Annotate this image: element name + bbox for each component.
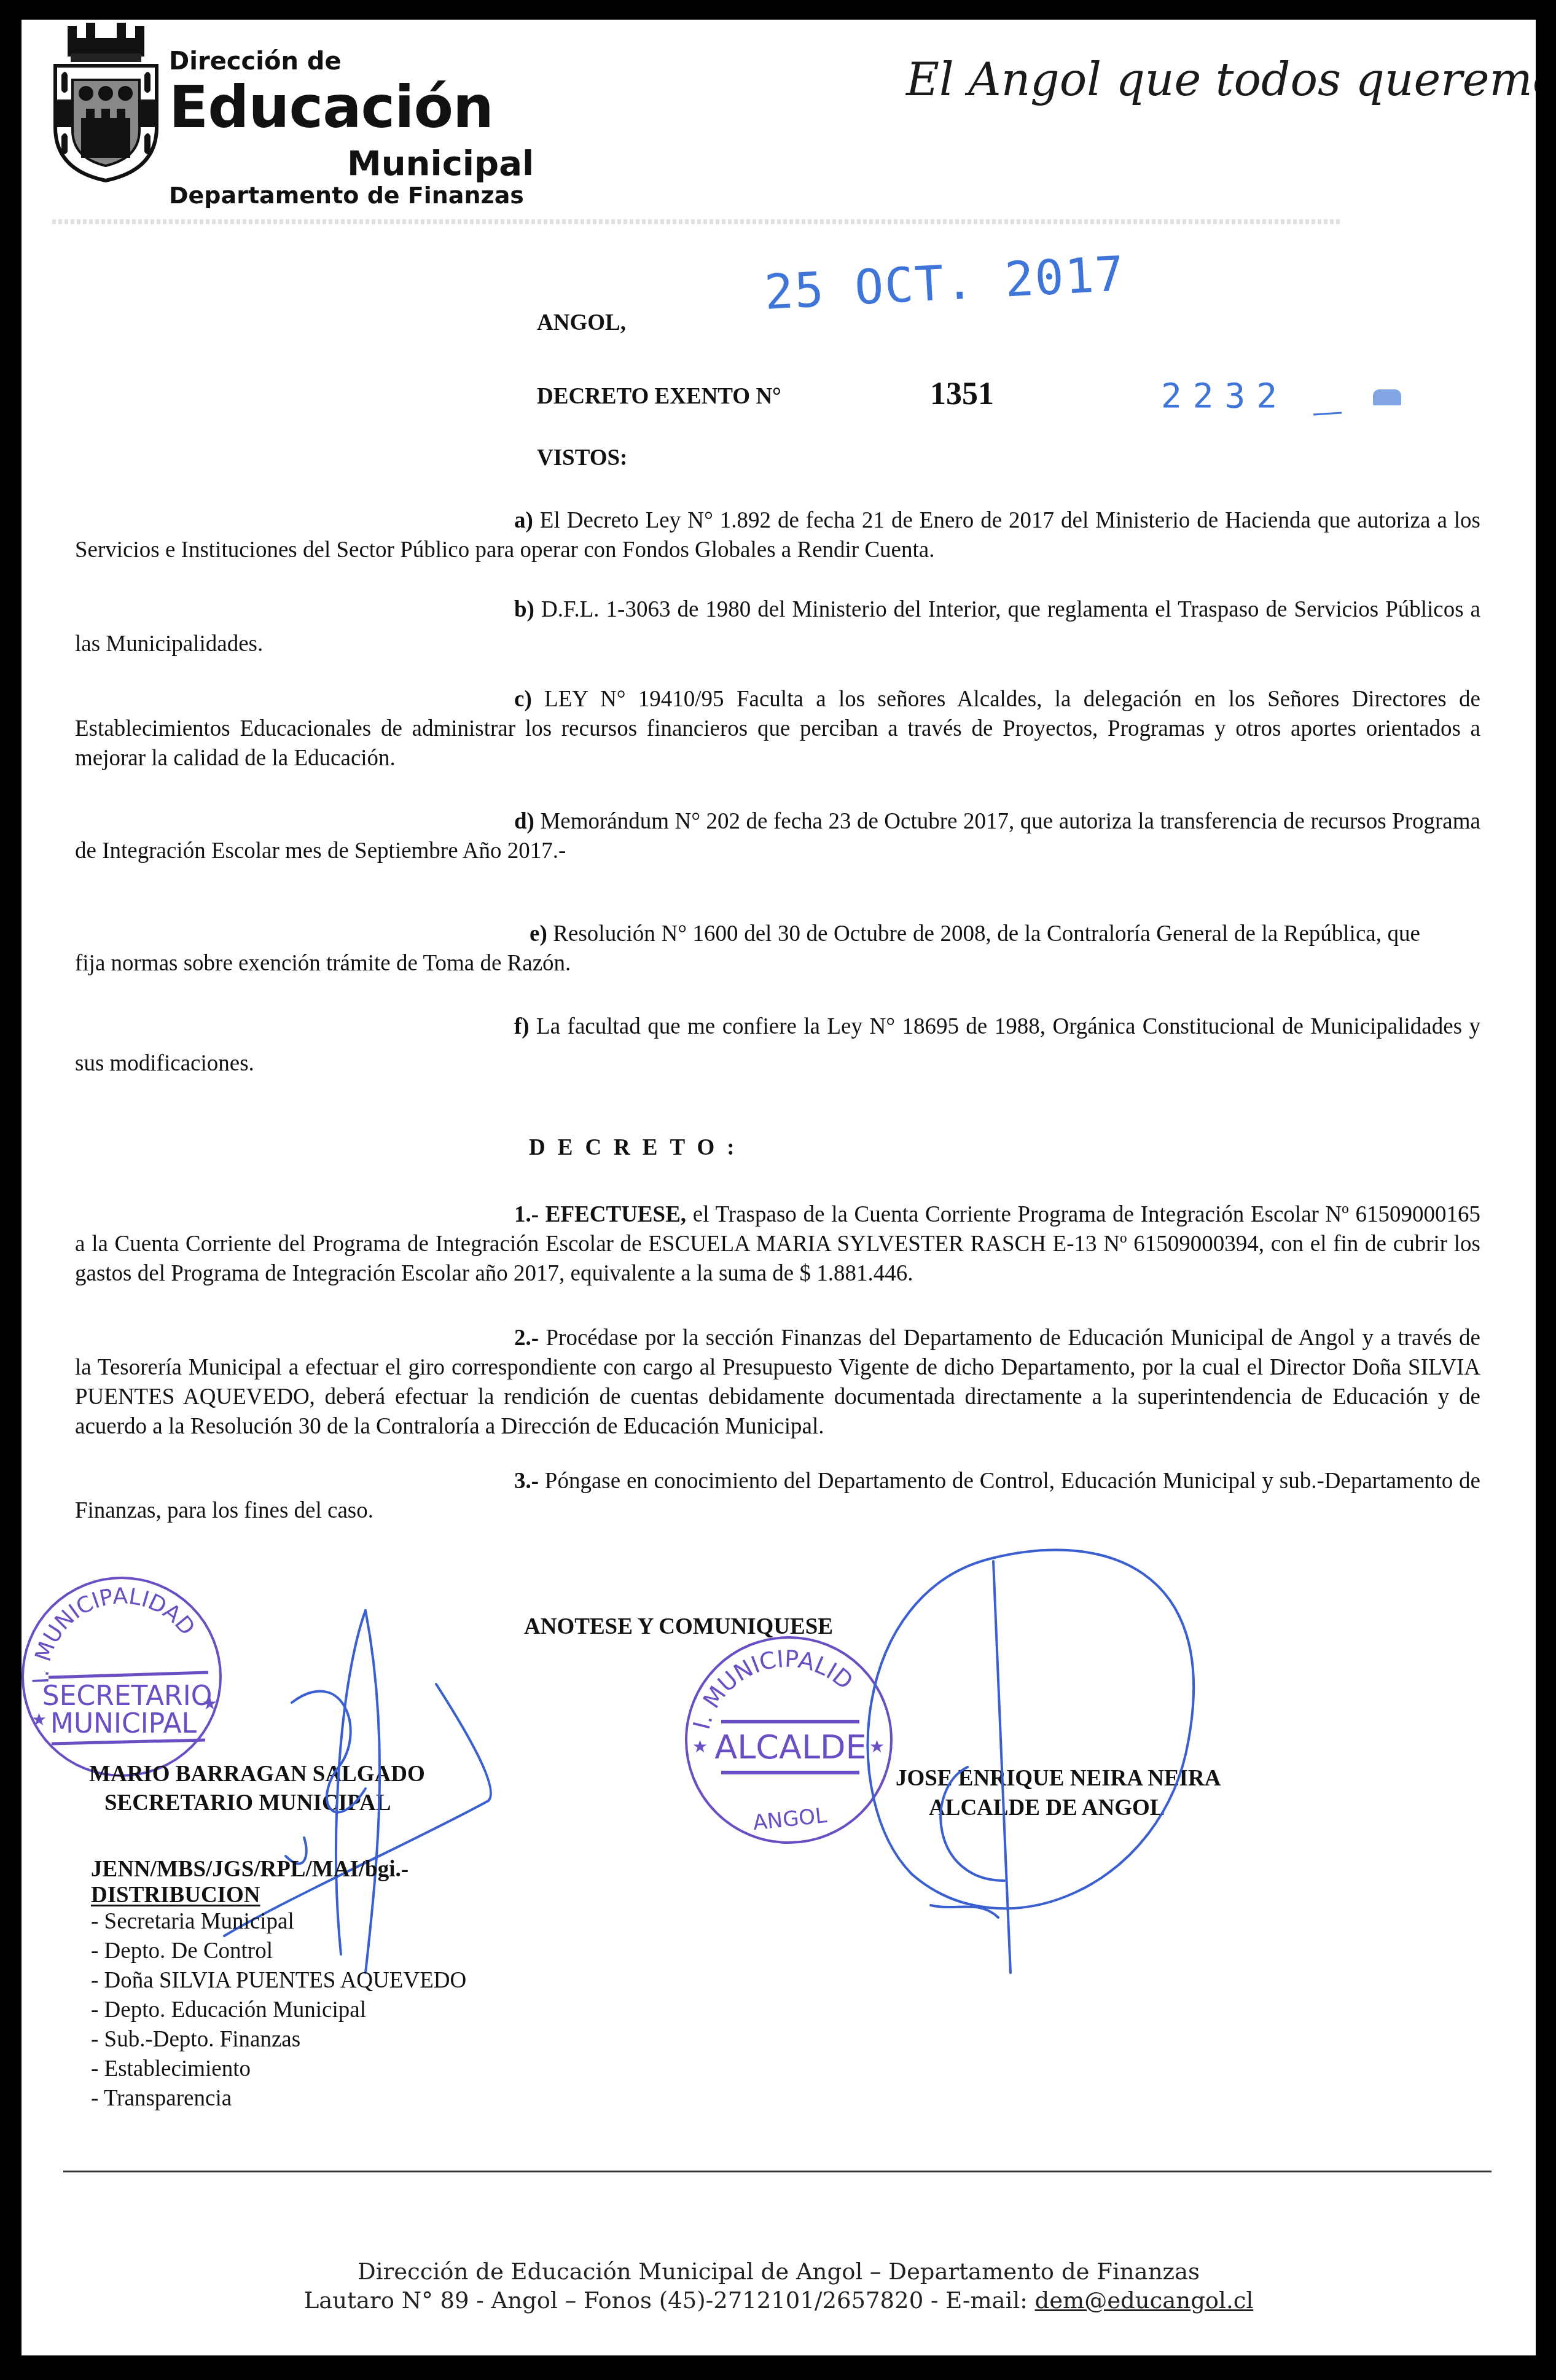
svg-text:SECRETARIO: SECRETARIO [42, 1680, 213, 1712]
distribution-item: - Sub.-Depto. Finanzas [91, 2025, 466, 2054]
svg-text:MUNICIPAL: MUNICIPAL [50, 1708, 197, 1739]
visto-f: f) La facultad que me confiere la Ley N°… [75, 1009, 1480, 1082]
secretary-name: MARIO BARRAGAN SALGADO [89, 1763, 425, 1785]
svg-text:ANGOL: ANGOL [752, 1803, 828, 1835]
date-stamp: 25 OCT. 2017 [763, 246, 1126, 321]
coat-of-arms-icon [43, 20, 169, 182]
email-link[interactable]: dem@educangol.cl [1034, 2287, 1253, 2314]
org-line-3: Municipal [347, 147, 534, 181]
visto-a: a) El Decreto Ley N° 1.892 de fecha 21 d… [75, 506, 1480, 565]
distribution-item: - Depto. De Control [91, 1937, 466, 1966]
secretary-seal: I. MUNICIPALIDAD SECRETARIO MUNICIPAL ★ … [22, 1577, 222, 1777]
distribution-item: - Establecimiento [91, 2054, 466, 2084]
stamp-mark-icon [1373, 389, 1401, 405]
svg-text:I. MUNICIPALIDAD: I. MUNICIPALIDAD [687, 1639, 858, 1732]
article-1: 1.- EFECTUESE, el Traspaso de la Cuenta … [75, 1200, 1480, 1289]
svg-text:★: ★ [202, 1693, 217, 1714]
visto-d: d) Memorándum N° 202 de fecha 23 de Octu… [75, 807, 1480, 866]
visto-b: b) D.F.L. 1-3063 de 1980 del Ministerio … [75, 593, 1480, 661]
mayor-seal: I. MUNICIPALIDAD ALCALDE ★ ★ ANGOL [685, 1636, 893, 1844]
org-line-4: Departamento de Finanzas [169, 184, 524, 207]
decreto-heading: DECRETO: [529, 1136, 747, 1159]
place-label: ANGOL, [537, 311, 626, 334]
document-page: Dirección de Educación Municipal Departa… [22, 20, 1536, 2355]
footer-divider [63, 2171, 1491, 2172]
footer-line-2: Lautaro N° 89 - Angol – Fonos (45)-27121… [22, 2287, 1536, 2314]
initials-reference: JENN/MBS/JGS/RPL/MAI/bgi.- [91, 1856, 409, 1883]
stamp-dash [1313, 412, 1342, 415]
svg-text:ALCALDE: ALCALDE [714, 1728, 866, 1766]
org-line-1: Dirección de [169, 47, 342, 76]
mayor-name: JOSE ENRIQUE NEIRA NEIRA [896, 1767, 1221, 1790]
visto-label: f) [514, 1014, 530, 1039]
decree-number: 1351 [930, 378, 994, 410]
secretary-title: SECRETARIO MUNICIPAL [104, 1792, 391, 1814]
svg-text:★: ★ [31, 1709, 47, 1730]
visto-label: c) [514, 687, 532, 712]
slogan: El Angol que todos queremos [906, 53, 1536, 106]
svg-text:I. MUNICIPALIDAD: I. MUNICIPALIDAD [28, 1583, 200, 1684]
svg-text:★: ★ [692, 1736, 708, 1757]
distribution-heading: DISTRIBUCION [91, 1882, 260, 1908]
visto-label: b) [514, 597, 534, 622]
org-line-2: Educación [169, 79, 493, 137]
svg-text:★: ★ [869, 1736, 885, 1757]
footer-line-1: Dirección de Educación Municipal de Ango… [22, 2258, 1536, 2285]
visto-label: d) [514, 809, 534, 834]
visto-label: e) [530, 921, 547, 946]
distribution-item: - Doña SILVIA PUENTES AQUEVEDO [91, 1966, 466, 1996]
visto-e: e) Resolución N° 1600 del 30 de Octubre … [75, 919, 1420, 978]
vistos-label: VISTOS: [537, 447, 627, 469]
mayor-title: ALCALDE DE ANGOL [929, 1797, 1165, 1819]
article-3: 3.- Póngase en conocimiento del Departam… [75, 1467, 1480, 1526]
registry-number-stamp: 2232 [1161, 376, 1288, 416]
distribution-item: - Secretaria Municipal [91, 1907, 466, 1937]
visto-c: c) LEY N° 19410/95 Faculta a los señores… [75, 685, 1480, 773]
header-divider [52, 219, 1342, 224]
closing-formula: ANOTESE Y COMUNIQUESE [524, 1615, 833, 1638]
decree-number-label: DECRETO EXENTO N° [537, 385, 781, 408]
distribution-list: - Secretaria Municipal - Depto. De Contr… [91, 1907, 466, 2113]
distribution-item: - Depto. Educación Municipal [91, 1996, 466, 2025]
article-2: 2.- Procédase por la sección Finanzas de… [75, 1324, 1480, 1442]
distribution-item: - Transparencia [91, 2084, 466, 2113]
visto-label: a) [514, 508, 533, 533]
